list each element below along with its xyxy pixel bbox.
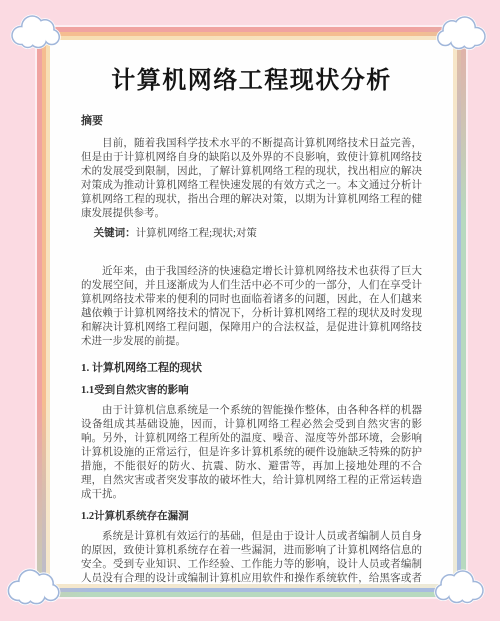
keywords-line: 关键词：计算机网络工程;现状;对策 — [81, 227, 422, 241]
section-1-heading: 1. 计算机网络工程的现状 — [81, 361, 422, 376]
abstract-paragraph: 目前，随着我国科学技术水平的不断提高计算机网络技术日益完善，但是由于计算机网络自… — [81, 137, 422, 221]
keywords-value: 计算机网络工程;现状;对策 — [136, 228, 257, 239]
page-title: 计算机网络工程现状分析 — [81, 66, 422, 96]
document-paper: 计算机网络工程现状分析 摘要 目前，随着我国科学技术水平的不断提高计算机网络技术… — [50, 40, 453, 584]
section-1-1-paragraph: 由于计算机信息系统是一个系统的智能操作整体，由各种各样的机器设备组成其基础设施，… — [81, 404, 422, 502]
keywords-label: 关键词： — [94, 228, 136, 239]
rainbow-border-frame: 计算机网络工程现状分析 摘要 目前，随着我国科学技术水平的不断提高计算机网络技术… — [37, 27, 466, 597]
rainbow-border-middle-stripe: 计算机网络工程现状分析 摘要 目前，随着我国科学技术水平的不断提高计算机网络技术… — [42, 32, 461, 592]
section-1-2-paragraph: 系统是计算机有效运行的基础，但是由于设计人员或者编制人员自身的原因，致使计算机系… — [81, 530, 422, 584]
cloud-icon-bottom-right — [432, 567, 486, 605]
section-1-1-heading: 1.1受到自然灾害的影响 — [81, 384, 422, 398]
rainbow-border-inner-stripe: 计算机网络工程现状分析 摘要 目前，随着我国科学技术水平的不断提高计算机网络技术… — [46, 36, 457, 588]
cloud-icon-bottom-left — [5, 566, 63, 606]
cloud-icon-top-right — [434, 13, 488, 51]
introduction-paragraph: 近年来，由于我国经济的快速稳定增长计算机网络技术也获得了巨大的发展空间，并且逐渐… — [81, 265, 422, 349]
section-1-2-heading: 1.2计算机系统存在漏洞 — [81, 510, 422, 524]
abstract-heading: 摘要 — [81, 114, 422, 128]
cloud-icon-top-left — [9, 12, 63, 50]
